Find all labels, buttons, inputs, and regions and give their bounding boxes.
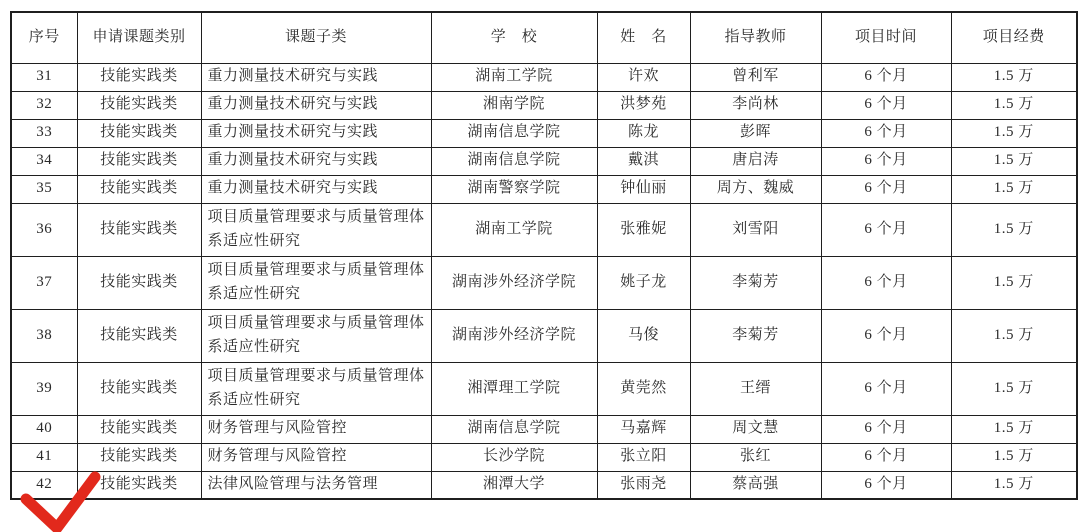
- cell-funding: 1.5 万: [951, 147, 1077, 175]
- table-body: 31技能实践类重力测量技术研究与实践湖南工学院许欢曾利军6 个月1.5 万32技…: [11, 63, 1077, 499]
- cell-subtopic: 重力测量技术研究与实践: [201, 119, 431, 147]
- cell-funding: 1.5 万: [951, 63, 1077, 91]
- cell-subtopic: 重力测量技术研究与实践: [201, 63, 431, 91]
- cell-name: 张雅妮: [597, 203, 690, 256]
- cell-advisor: 李菊芳: [690, 256, 821, 309]
- table-row: 42技能实践类法律风险管理与法务管理湘潭大学张雨尧蔡高强6 个月1.5 万: [11, 471, 1077, 499]
- cell-funding: 1.5 万: [951, 471, 1077, 499]
- cell-school: 湖南工学院: [431, 203, 597, 256]
- cell-funding: 1.5 万: [951, 175, 1077, 203]
- cell-subtopic: 项目质量管理要求与质量管理体系适应性研究: [201, 362, 431, 415]
- cell-no: 33: [11, 119, 77, 147]
- cell-advisor: 李菊芳: [690, 309, 821, 362]
- cell-duration: 6 个月: [821, 309, 951, 362]
- cell-school: 湖南涉外经济学院: [431, 309, 597, 362]
- cell-category: 技能实践类: [77, 415, 201, 443]
- cell-advisor: 周方、魏威: [690, 175, 821, 203]
- cell-name: 黄莞然: [597, 362, 690, 415]
- cell-advisor: 曾利军: [690, 63, 821, 91]
- cell-no: 42: [11, 471, 77, 499]
- cell-advisor: 张红: [690, 443, 821, 471]
- table-row: 33技能实践类重力测量技术研究与实践湖南信息学院陈龙彭晖6 个月1.5 万: [11, 119, 1077, 147]
- column-header-subtopic: 课题子类: [201, 12, 431, 63]
- column-header-funding: 项目经费: [951, 12, 1077, 63]
- cell-subtopic: 重力测量技术研究与实践: [201, 91, 431, 119]
- cell-category: 技能实践类: [77, 147, 201, 175]
- cell-category: 技能实践类: [77, 309, 201, 362]
- cell-category: 技能实践类: [77, 63, 201, 91]
- table-row: 41技能实践类财务管理与风险管控长沙学院张立阳张红6 个月1.5 万: [11, 443, 1077, 471]
- cell-category: 技能实践类: [77, 443, 201, 471]
- column-header-advisor: 指导教师: [690, 12, 821, 63]
- cell-duration: 6 个月: [821, 443, 951, 471]
- cell-name: 张立阳: [597, 443, 690, 471]
- cell-category: 技能实践类: [77, 256, 201, 309]
- cell-subtopic: 重力测量技术研究与实践: [201, 147, 431, 175]
- cell-duration: 6 个月: [821, 91, 951, 119]
- cell-no: 38: [11, 309, 77, 362]
- table-row: 34技能实践类重力测量技术研究与实践湖南信息学院戴淇唐启涛6 个月1.5 万: [11, 147, 1077, 175]
- cell-name: 马俊: [597, 309, 690, 362]
- cell-no: 32: [11, 91, 77, 119]
- cell-subtopic: 项目质量管理要求与质量管理体系适应性研究: [201, 256, 431, 309]
- table-row: 39技能实践类项目质量管理要求与质量管理体系适应性研究湘潭理工学院黄莞然王缙6 …: [11, 362, 1077, 415]
- cell-school: 湖南工学院: [431, 63, 597, 91]
- table-row: 36技能实践类项目质量管理要求与质量管理体系适应性研究湖南工学院张雅妮刘雪阳6 …: [11, 203, 1077, 256]
- cell-subtopic: 项目质量管理要求与质量管理体系适应性研究: [201, 309, 431, 362]
- cell-advisor: 彭晖: [690, 119, 821, 147]
- cell-no: 36: [11, 203, 77, 256]
- cell-school: 湘潭理工学院: [431, 362, 597, 415]
- cell-name: 许欢: [597, 63, 690, 91]
- cell-name: 马嘉辉: [597, 415, 690, 443]
- cell-no: 34: [11, 147, 77, 175]
- cell-funding: 1.5 万: [951, 362, 1077, 415]
- cell-subtopic: 法律风险管理与法务管理: [201, 471, 431, 499]
- cell-duration: 6 个月: [821, 471, 951, 499]
- cell-name: 戴淇: [597, 147, 690, 175]
- cell-duration: 6 个月: [821, 175, 951, 203]
- cell-funding: 1.5 万: [951, 256, 1077, 309]
- cell-no: 41: [11, 443, 77, 471]
- cell-no: 31: [11, 63, 77, 91]
- table-row: 38技能实践类项目质量管理要求与质量管理体系适应性研究湖南涉外经济学院马俊李菊芳…: [11, 309, 1077, 362]
- cell-name: 陈龙: [597, 119, 690, 147]
- cell-funding: 1.5 万: [951, 309, 1077, 362]
- cell-no: 35: [11, 175, 77, 203]
- cell-no: 39: [11, 362, 77, 415]
- cell-advisor: 王缙: [690, 362, 821, 415]
- cell-funding: 1.5 万: [951, 119, 1077, 147]
- cell-school: 长沙学院: [431, 443, 597, 471]
- cell-funding: 1.5 万: [951, 203, 1077, 256]
- column-header-school: 学 校: [431, 12, 597, 63]
- cell-school: 湖南信息学院: [431, 119, 597, 147]
- cell-duration: 6 个月: [821, 203, 951, 256]
- cell-duration: 6 个月: [821, 415, 951, 443]
- cell-category: 技能实践类: [77, 203, 201, 256]
- cell-school: 湘南学院: [431, 91, 597, 119]
- table-row: 32技能实践类重力测量技术研究与实践湘南学院洪梦苑李尚林6 个月1.5 万: [11, 91, 1077, 119]
- cell-advisor: 唐启涛: [690, 147, 821, 175]
- column-header-category: 申请课题类别: [77, 12, 201, 63]
- cell-advisor: 刘雪阳: [690, 203, 821, 256]
- cell-funding: 1.5 万: [951, 415, 1077, 443]
- cell-duration: 6 个月: [821, 119, 951, 147]
- cell-name: 张雨尧: [597, 471, 690, 499]
- cell-school: 湖南信息学院: [431, 147, 597, 175]
- cell-school: 湖南警察学院: [431, 175, 597, 203]
- projects-table: 序号 申请课题类别 课题子类 学 校 姓 名 指导教师 项目时间 项目经费 31…: [10, 11, 1078, 500]
- cell-duration: 6 个月: [821, 362, 951, 415]
- table-row: 37技能实践类项目质量管理要求与质量管理体系适应性研究湖南涉外经济学院姚子龙李菊…: [11, 256, 1077, 309]
- cell-funding: 1.5 万: [951, 91, 1077, 119]
- column-header-duration: 项目时间: [821, 12, 951, 63]
- cell-duration: 6 个月: [821, 63, 951, 91]
- cell-duration: 6 个月: [821, 147, 951, 175]
- cell-category: 技能实践类: [77, 91, 201, 119]
- cell-category: 技能实践类: [77, 119, 201, 147]
- table-row: 31技能实践类重力测量技术研究与实践湖南工学院许欢曾利军6 个月1.5 万: [11, 63, 1077, 91]
- cell-advisor: 蔡高强: [690, 471, 821, 499]
- table-row: 40技能实践类财务管理与风险管控湖南信息学院马嘉辉周文慧6 个月1.5 万: [11, 415, 1077, 443]
- cell-category: 技能实践类: [77, 362, 201, 415]
- cell-name: 钟仙丽: [597, 175, 690, 203]
- cell-subtopic: 重力测量技术研究与实践: [201, 175, 431, 203]
- table-row: 35技能实践类重力测量技术研究与实践湖南警察学院钟仙丽周方、魏威6 个月1.5 …: [11, 175, 1077, 203]
- document-page: 序号 申请课题类别 课题子类 学 校 姓 名 指导教师 项目时间 项目经费 31…: [0, 0, 1080, 532]
- header-row: 序号 申请课题类别 课题子类 学 校 姓 名 指导教师 项目时间 项目经费: [11, 12, 1077, 63]
- cell-advisor: 周文慧: [690, 415, 821, 443]
- cell-duration: 6 个月: [821, 256, 951, 309]
- cell-no: 40: [11, 415, 77, 443]
- cell-school: 湖南信息学院: [431, 415, 597, 443]
- cell-subtopic: 项目质量管理要求与质量管理体系适应性研究: [201, 203, 431, 256]
- cell-subtopic: 财务管理与风险管控: [201, 415, 431, 443]
- cell-funding: 1.5 万: [951, 443, 1077, 471]
- cell-name: 姚子龙: [597, 256, 690, 309]
- cell-name: 洪梦苑: [597, 91, 690, 119]
- cell-category: 技能实践类: [77, 175, 201, 203]
- cell-no: 37: [11, 256, 77, 309]
- cell-school: 湖南涉外经济学院: [431, 256, 597, 309]
- cell-advisor: 李尚林: [690, 91, 821, 119]
- cell-category: 技能实践类: [77, 471, 201, 499]
- table-header: 序号 申请课题类别 课题子类 学 校 姓 名 指导教师 项目时间 项目经费: [11, 12, 1077, 63]
- cell-subtopic: 财务管理与风险管控: [201, 443, 431, 471]
- column-header-no: 序号: [11, 12, 77, 63]
- cell-school: 湘潭大学: [431, 471, 597, 499]
- column-header-name: 姓 名: [597, 12, 690, 63]
